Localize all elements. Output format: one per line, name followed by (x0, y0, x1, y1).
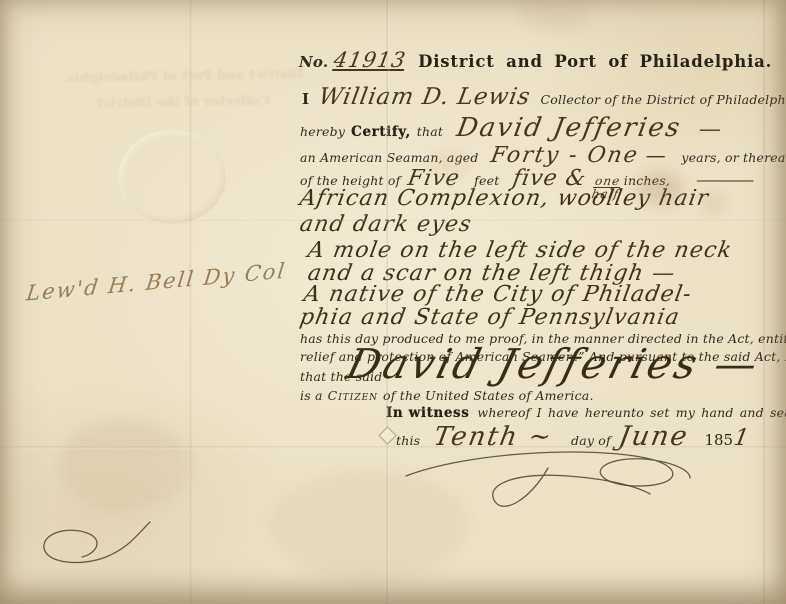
seaman-name: David Jefferies (454, 113, 683, 143)
ghost-line: District and Port of Philadelphia. (48, 62, 318, 93)
ink-flourish-mark (32, 516, 162, 576)
verso-show-through-text: District and Port of Philadelphia. Colle… (48, 62, 319, 119)
countersignature: Lew'd H. Bell Dy Col (25, 258, 288, 305)
aged-pre: an American Seaman, aged (300, 150, 479, 165)
year-printed: 185 (704, 431, 733, 449)
aged-post: years, or thereabouts, (681, 150, 786, 165)
in-witness-label: In witness (386, 405, 469, 421)
collector-name: William D. Lewis (317, 84, 533, 110)
certify-word: Certify, (351, 124, 411, 140)
crease-diamond-mark (378, 426, 396, 444)
stain (60, 420, 190, 510)
description-line: phia and State of Pennsylvania (298, 305, 682, 330)
citizen-post: of the United States of America. (383, 388, 594, 403)
ghost-line: Collector of the District (48, 88, 318, 119)
description-line: A native of the City of Philadel- (302, 282, 694, 307)
signature-flourish (398, 442, 698, 517)
port-title: District and Port of Philadelphia. (418, 52, 772, 71)
certificate-number: 41913 (332, 48, 408, 72)
year-digit: 1 (732, 425, 752, 451)
stain (520, 2, 590, 28)
ink-dash: — (644, 143, 669, 167)
age-value: Forty - One (488, 143, 640, 168)
description-line: and dark eyes (298, 212, 474, 237)
description-line: A mole on the left side of the neck (306, 238, 735, 263)
ink-dash: — (697, 117, 724, 142)
collector-rest: Collector of the District of Philadelphi… (541, 92, 786, 107)
that-word: that (417, 124, 443, 139)
description-line: African Complexion, woolley hair (298, 186, 711, 211)
seaman-protection-certificate: District and Port of Philadelphia. Colle… (0, 0, 786, 604)
citizen-word: Citizen (328, 388, 378, 403)
citizen-pre: is a (300, 388, 323, 403)
embossed-seal-impression (118, 130, 226, 224)
citizen-name-signature: David Jefferies — (342, 340, 765, 388)
hereby-word: hereby (300, 124, 345, 139)
witness-rest: whereof I have hereunto set my hand and … (477, 405, 786, 420)
